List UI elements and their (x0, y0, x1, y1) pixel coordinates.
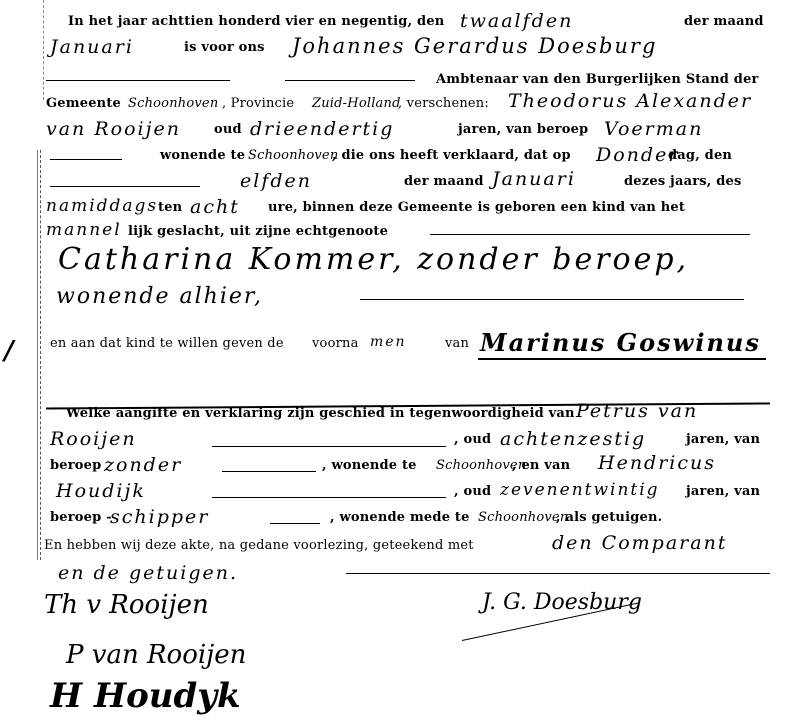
printed-text: der maand (404, 174, 484, 189)
printed-text: ten (158, 200, 182, 215)
handwritten-month: Januari (50, 36, 134, 58)
fill-line (212, 446, 446, 447)
printed-text: beroep - (50, 510, 112, 525)
record-line-6: wonende te Schoonhoven , die ons heeft v… (0, 144, 800, 168)
printed-text: , Provincie (222, 96, 294, 111)
record-line-8: namiddags ten acht ure, binnen deze Geme… (0, 196, 800, 220)
fill-line (360, 299, 744, 300)
printed-text: Ambtenaar van den Burgerlijken Stand der (436, 72, 759, 87)
printed-text: , verschenen: (398, 96, 489, 111)
fill-line (270, 523, 320, 524)
handwritten-witness-1-age: achtenzestig (500, 428, 646, 450)
printed-text: , als getuigen. (556, 510, 662, 525)
handwritten-declarant-name: Theodorus Alexander (508, 90, 752, 112)
printed-text: jaren, van (686, 432, 760, 447)
handwritten-day: twaalfden (460, 10, 573, 32)
printed-text: oud (214, 122, 242, 137)
printed-text: , oud (454, 432, 491, 447)
fill-line (222, 471, 316, 472)
name-underline (478, 358, 766, 360)
printed-text: der maand (684, 14, 764, 29)
printed-municipality: Schoonhoven (478, 510, 568, 525)
record-line-12: en aan dat kind te willen geven de voorn… (0, 328, 800, 358)
printed-text: jaren, van beroep (458, 122, 588, 137)
handwritten-declarant-occupation: Voerman (604, 118, 703, 140)
record-line-3: Ambtenaar van den Burgerlijken Stand der (0, 68, 800, 92)
printed-text: dag, den (668, 148, 732, 163)
signature-registrar: J. G. Doesburg (482, 590, 642, 615)
record-line-10: Catharina Kommer, zonder beroep, (0, 240, 800, 284)
signature-comparant: Th v Rooijen (44, 590, 209, 620)
printed-text: beroep (50, 458, 101, 473)
printed-text: dezes jaars, des (624, 174, 742, 189)
handwritten-declarant-surname: van Rooijen (46, 118, 181, 140)
handwritten-witness-1-occupation: zonder (104, 454, 182, 476)
printed-municipality: Schoonhoven (128, 96, 218, 111)
printed-text: En hebben wij deze akte, na gedane voorl… (44, 538, 474, 553)
handwritten-witness-2-age: zevenentwintig (500, 480, 660, 500)
handwritten-registrar-name: Johannes Gerardus Doesburg (292, 34, 657, 58)
record-line-18: En hebben wij deze akte, na gedane voorl… (0, 534, 800, 558)
printed-text: , wonende mede te (330, 510, 470, 525)
printed-province: Zuid-Holland (312, 96, 401, 111)
printed-text: jaren, van (686, 484, 760, 499)
record-line-2: Januari is voor ons Johannes Gerardus Do… (0, 36, 800, 60)
handwritten-birth-month: Januari (492, 168, 576, 190)
printed-text: lijk geslacht, uit zijne echtgenoote (128, 224, 388, 239)
printed-text: Gemeente (46, 96, 121, 111)
handwritten-witness-2-name: Hendricus (598, 452, 716, 474)
handwritten-signers: den Comparant (552, 532, 727, 554)
handwritten-weekday: Donder (596, 144, 679, 166)
record-line-5: van Rooijen oud drieendertig jaren, van … (0, 118, 800, 142)
handwritten-birth-day: elfden (240, 170, 312, 192)
handwritten-signers-continued: en de getuigen. (58, 562, 238, 584)
record-line-16: Houdijk , oud zevenentwintig jaren, van (0, 480, 800, 504)
handwritten-witness-2-surname: Houdijk (56, 480, 146, 502)
record-line-4: Gemeente Schoonhoven , Provincie Zuid-Ho… (0, 92, 800, 116)
printed-text: Welke aangifte en verklaring zijn geschi… (66, 406, 575, 421)
printed-text: , en van (512, 458, 570, 473)
fill-line (430, 234, 750, 235)
handwritten-child-given-names: Marinus Goswinus (480, 328, 761, 357)
record-line-17: beroep - schipper , wonende mede te Scho… (0, 506, 800, 530)
handwritten-hour: acht (190, 196, 240, 218)
record-line-13: Welke aangifte en verklaring zijn geschi… (0, 402, 800, 426)
printed-text: van (445, 336, 469, 351)
printed-municipality: Schoonhoven (248, 148, 338, 163)
record-line-15: beroep zonder , wonende te Schoonhoven ,… (0, 454, 800, 478)
handwritten-time-of-day: namiddags (46, 196, 158, 216)
fill-line (212, 497, 446, 498)
record-line-7: elfden der maand Januari dezes jaars, de… (0, 170, 800, 194)
record-line-14: Rooijen , oud achtenzestig jaren, van (0, 428, 800, 452)
printed-text: voorna (312, 336, 359, 351)
handwritten-mother-residence: wonende alhier, (56, 284, 263, 309)
signature-witness-1: P van Rooijen (66, 640, 246, 670)
printed-text: wonende te (160, 148, 245, 163)
handwritten-witness-1-surname: Rooijen (50, 428, 137, 450)
handwritten-declarant-age: drieendertig (250, 118, 394, 140)
printed-text: is voor ons (184, 40, 265, 55)
handwritten-witness-1-name: Petrus van (576, 400, 698, 422)
printed-text: ure, binnen deze Gemeente is geboren een… (268, 200, 685, 215)
printed-text: , die ons heeft verklaard, dat op (332, 148, 571, 163)
fill-line (346, 573, 770, 574)
signature-witness-2: H Houdyk (50, 676, 241, 716)
record-line-19: en de getuigen. (0, 562, 800, 586)
handwritten-witness-2-occupation: schipper (110, 506, 209, 528)
handwritten-plural-suffix: men (370, 334, 407, 350)
printed-text: , oud (454, 484, 491, 499)
handwritten-sex: mannel (46, 220, 122, 240)
handwritten-mother-name: Catharina Kommer, zonder beroep, (58, 242, 689, 277)
printed-text: , wonende te (322, 458, 417, 473)
printed-text: en aan dat kind te willen geven de (50, 336, 284, 351)
record-line-1: In het jaar achttien honderd vier en neg… (0, 10, 800, 34)
printed-text: In het jaar achttien honderd vier en neg… (68, 14, 444, 29)
